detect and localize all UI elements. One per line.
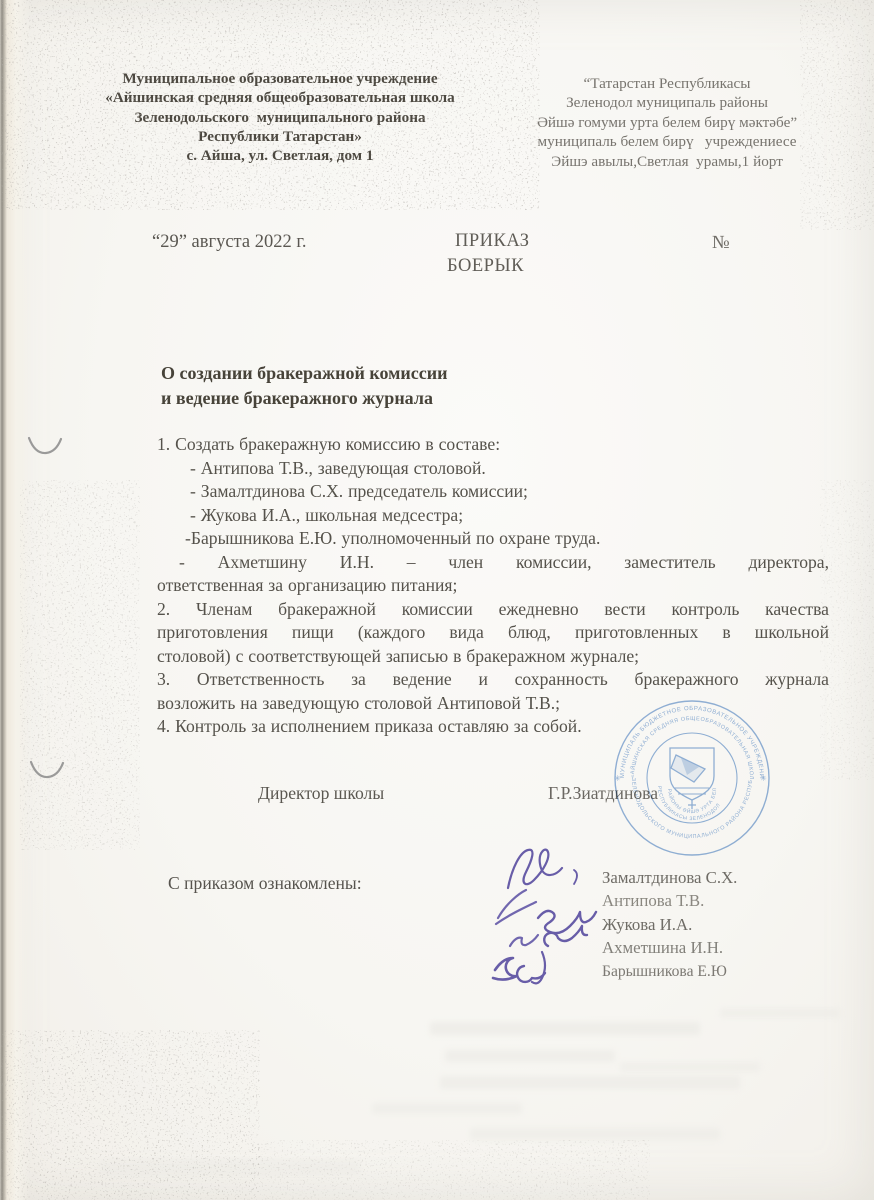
order-title-tatar: БОЕРЫК xyxy=(447,256,524,277)
body-line: столовой) с соответствующей записью в бр… xyxy=(157,645,829,669)
ack-name: Антипова Т.В. xyxy=(602,889,737,912)
body-line: - Замалтдинова С.Х. председатель комисси… xyxy=(157,480,829,504)
body-line: - Антипова Т.В., заведующая столовой. xyxy=(157,457,829,481)
order-date: “29” августа 2022 г. xyxy=(152,232,306,253)
body-line: приготовления пищи (каждого вида блюд, п… xyxy=(157,621,829,645)
letterhead-line: с. Айша, ул. Светлая, дом 1 xyxy=(75,146,485,165)
ack-name: Жукова И.А. xyxy=(602,913,737,936)
letterhead-line: Республики Татарстан» xyxy=(75,127,485,146)
body-line: 3. Ответственность за ведение и сохранно… xyxy=(157,668,829,692)
letterhead-line: «Айшинская средняя общеобразовательная ш… xyxy=(75,88,485,107)
stamp-shield-emblem xyxy=(670,748,714,809)
order-subject: О создании бракеражной комиссии и ведени… xyxy=(161,361,448,410)
letterhead-line: муниципаль белем бирү учреждениесе xyxy=(477,132,857,151)
ack-name: Замалтдинова С.Х. xyxy=(602,866,737,889)
director-role: Директор школы xyxy=(258,783,384,804)
ack-name: Ахметшина И.Н. xyxy=(602,936,737,959)
letterhead-line: Муниципальное образовательное учреждение xyxy=(75,69,485,88)
letterhead-line: Зеленодол муниципаль районы xyxy=(477,93,857,112)
acknowledgement-names: Замалтдинова С.Х. Антипова Т.В. Жукова И… xyxy=(602,866,737,983)
body-line: ответственная за организацию питания; xyxy=(157,574,829,598)
subject-line: и ведение бракеражного журнала xyxy=(161,386,448,411)
body-line: - Жукова И.А., школьная медсестра; xyxy=(157,504,829,528)
body-line: 1. Создать бракеражную комиссию в состав… xyxy=(157,433,829,457)
order-number-sign: № xyxy=(712,233,730,254)
document-content: Муниципальное образовательное учреждение… xyxy=(0,0,874,1200)
subject-line: О создании бракеражной комиссии xyxy=(161,361,448,386)
hole-punch-mark xyxy=(24,428,68,462)
letterhead-line: “Татарстан Республикасы xyxy=(477,74,857,93)
scanned-order-page: Муниципальное образовательное учреждение… xyxy=(0,0,874,1200)
hole-punch-mark xyxy=(26,751,70,785)
body-line: -Барышникова Е.Ю. уполномоченный по охра… xyxy=(157,527,829,551)
official-stamp-seal: МУНИЦИПАЛЬ БЮДЖЕТНОЕ ОБРАЗОВАТЕЛЬНОЕ УЧР… xyxy=(608,692,776,864)
stamp-separator-left: ✳ xyxy=(614,774,621,783)
letterhead-line: Эйшэ авылы,Светлая урамы,1 йорт xyxy=(477,152,857,171)
letterhead-line: Әйшә гомуми урта белем бирү мәктәбе” xyxy=(477,113,857,132)
acknowledgement-label: С приказом ознакомлены: xyxy=(168,873,362,894)
letterhead-russian: Муниципальное образовательное учреждение… xyxy=(75,69,485,165)
letterhead-line: Зеленодольского муниципального района xyxy=(75,108,485,127)
body-line: 2. Членам бракеражной комиссии ежедневно… xyxy=(157,598,829,622)
body-line: - Ахметшину И.Н. – член комиссии, замест… xyxy=(157,551,829,575)
order-title-russian: ПРИКАЗ xyxy=(455,231,530,252)
letterhead-tatar: “Татарстан Республикасы Зеленодол муници… xyxy=(477,74,857,171)
ack-name: Барышникова Е.Ю xyxy=(602,960,737,983)
stamp-separator-right: ✳ xyxy=(760,774,767,783)
signature-ink xyxy=(462,838,612,993)
